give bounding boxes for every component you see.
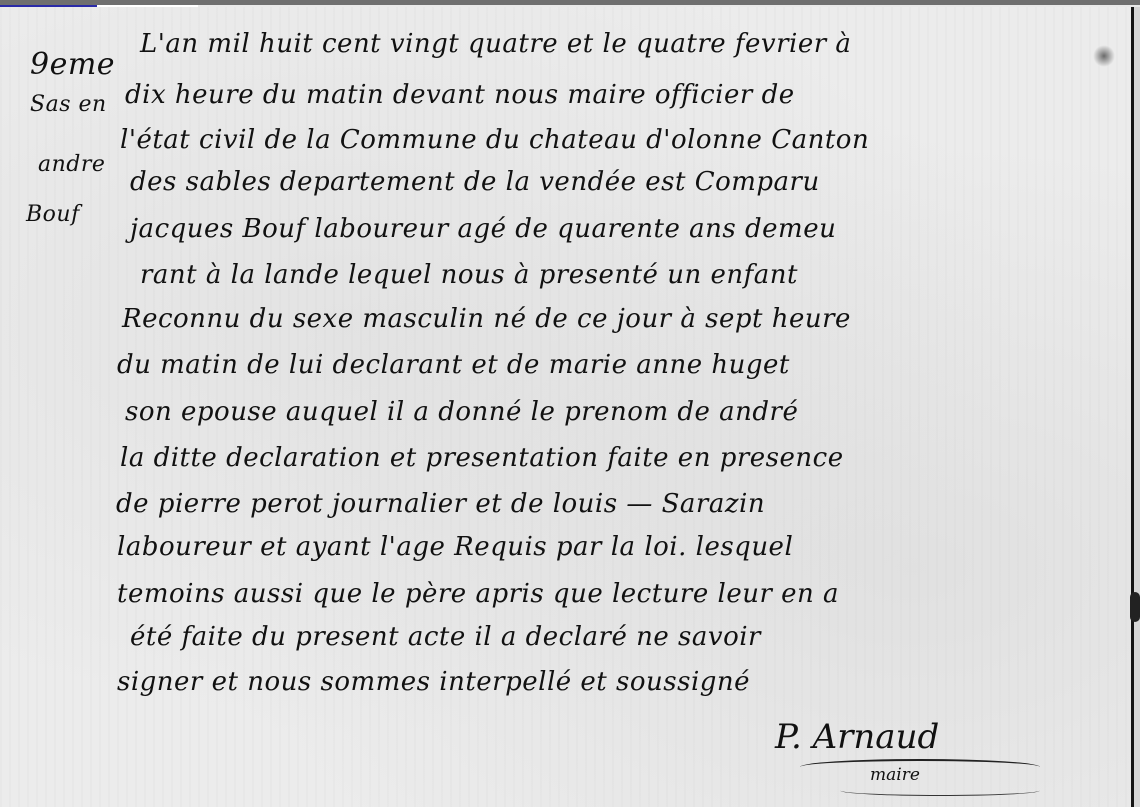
record-line-3: l'état civil de la Commune du chateau d'… xyxy=(120,125,869,155)
signature-flourish xyxy=(800,759,1040,775)
margin-note-record-number: 9eme xyxy=(30,47,115,82)
record-line-2: dix heure du matin devant nous maire off… xyxy=(125,80,795,110)
record-line-7: Reconnu du sexe masculin né de ce jour à… xyxy=(122,304,851,334)
margin-note-sex: Sas en xyxy=(30,92,107,117)
record-line-11: de pierre perot journalier et de louis —… xyxy=(116,489,765,519)
record-line-15: signer et nous sommes interpellé et sous… xyxy=(117,667,750,697)
record-line-1: L'an mil huit cent vingt quatre et le qu… xyxy=(140,29,851,59)
record-line-14: été faite du present acte il a declaré n… xyxy=(130,622,761,652)
margin-note-surname: Bouf xyxy=(26,202,80,227)
mayor-signature: P. Arnaud xyxy=(775,717,939,757)
signature-underline xyxy=(840,785,1040,796)
record-line-13: temoins aussi que le père apris que lect… xyxy=(117,579,839,609)
record-line-9: son epouse auquel il a donné le prenom d… xyxy=(125,397,798,427)
record-line-4: des sables departement de la vendée est … xyxy=(130,167,820,197)
margin-note-given-name: andre xyxy=(38,152,105,177)
record-line-10: la ditte declaration et presentation fai… xyxy=(120,443,844,473)
signature-title: maire xyxy=(870,765,920,785)
ink-stain xyxy=(1093,45,1115,67)
record-line-6: rant à la lande lequel nous à presenté u… xyxy=(140,260,798,290)
record-line-8: du matin de lui declarant et de marie an… xyxy=(117,350,790,380)
record-line-12: laboureur et ayant l'age Requis par la l… xyxy=(117,532,793,562)
next-page-margin xyxy=(1134,7,1140,807)
document-scan: 9eme Sas en andre Bouf L'an mil huit cen… xyxy=(0,7,1140,807)
binding-mark xyxy=(1130,592,1140,622)
record-line-5: jacques Bouf laboureur agé de quarente a… xyxy=(130,214,836,244)
